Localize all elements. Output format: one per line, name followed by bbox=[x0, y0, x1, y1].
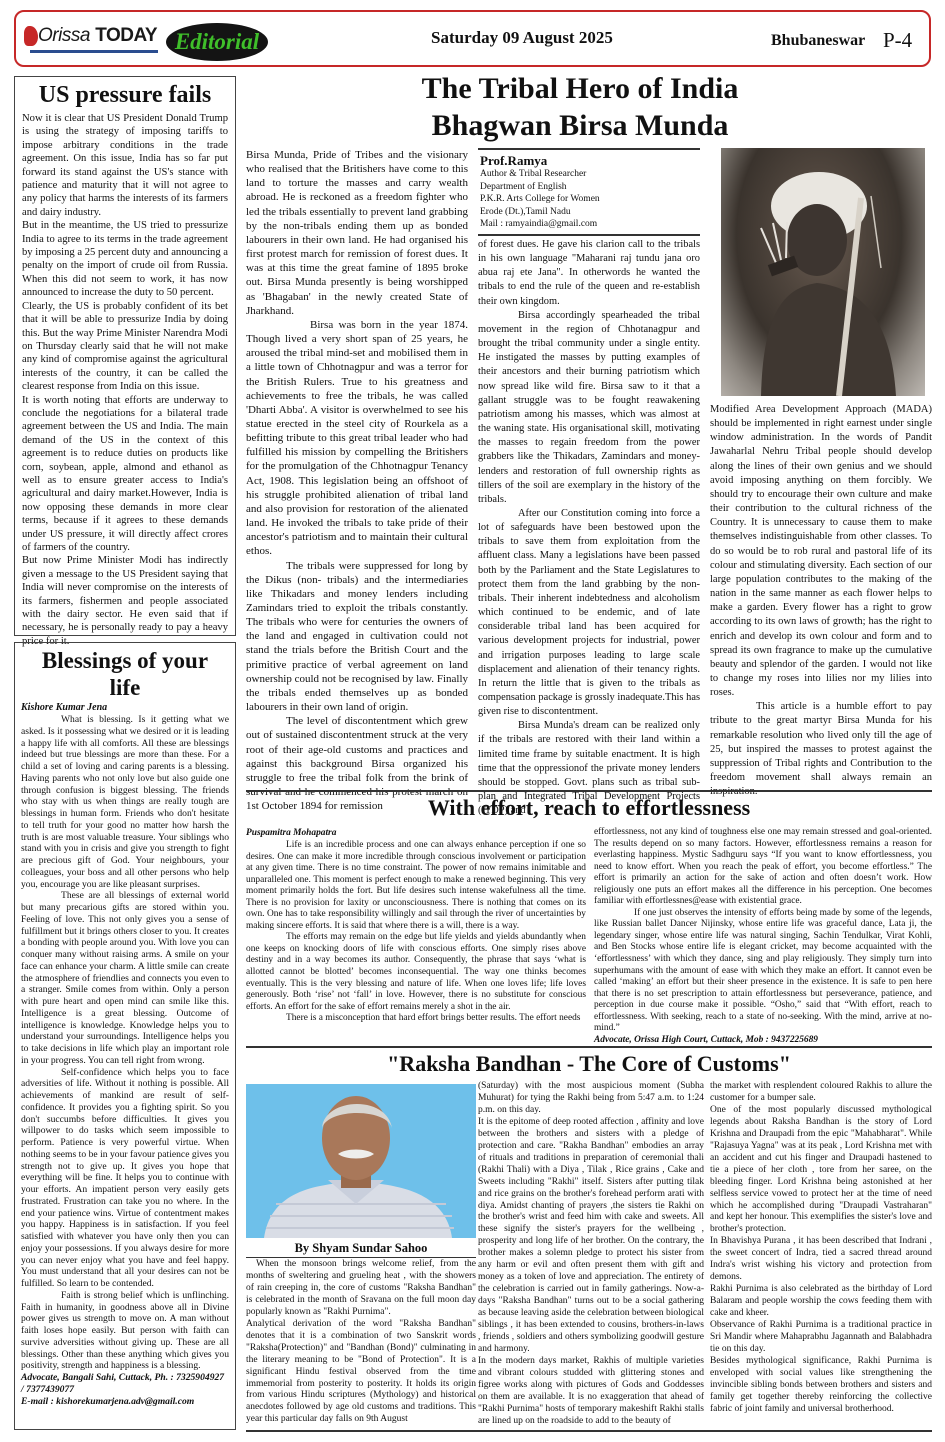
orissa-today-logo[interactable]: Orissa TODAY bbox=[24, 24, 154, 58]
logo-prefix: Orissa bbox=[38, 25, 90, 46]
article-body: Now it is clear that US President Donald… bbox=[22, 112, 228, 648]
issue-date: Saturday 09 August 2025 bbox=[431, 28, 613, 48]
article-us-pressure: US pressure fails Now it is clear that U… bbox=[14, 76, 236, 636]
section-divider bbox=[246, 1046, 932, 1048]
section-divider bbox=[246, 1430, 932, 1432]
author-photo bbox=[246, 1084, 476, 1238]
author-box: Prof.Ramya Author & Tribal Researcher De… bbox=[478, 148, 700, 236]
author-email[interactable]: Mail : ramyaindia@gmail.com bbox=[480, 218, 698, 231]
section-badge: Editorial bbox=[166, 23, 268, 61]
page-number: P-4 bbox=[883, 28, 912, 53]
raksha-headline: "Raksha Bandhan - The Core of Customs" bbox=[246, 1050, 932, 1078]
birsa-column-3: Modified Area Development Approach (MADA… bbox=[710, 403, 932, 799]
effort-author: Puspamitra Mohapatra bbox=[246, 828, 336, 840]
section-divider bbox=[246, 790, 932, 792]
author-email: E-mail : kishorekumarjena.adv@gmail.com bbox=[21, 1396, 229, 1408]
raksha-column-3: the market with resplendent coloured Rak… bbox=[710, 1081, 932, 1416]
birsa-headline: The Tribal Hero of India Bhagwan Birsa M… bbox=[240, 70, 920, 144]
byline: By Shyam Sundar Sahoo bbox=[246, 1240, 476, 1258]
article-body: What is blessing. Is it getting what we … bbox=[21, 714, 229, 1372]
author-portrait-illustration-icon bbox=[246, 1084, 476, 1238]
portrait-illustration-icon bbox=[721, 148, 925, 396]
effort-headline: With effort, reach to effortlessness bbox=[246, 794, 932, 822]
author-name: Prof.Ramya bbox=[480, 153, 698, 168]
raksha-column-2: (Saturday) with the most auspicious mome… bbox=[478, 1081, 704, 1428]
birsa-column-1: Birsa Munda, Pride of Tribes and the vis… bbox=[246, 148, 468, 813]
raksha-column-1: When the monsoon brings welcome relief, … bbox=[246, 1259, 476, 1426]
odisha-map-icon bbox=[24, 26, 38, 46]
article-title: Blessings of your life bbox=[21, 647, 229, 701]
logo-underline bbox=[30, 50, 158, 53]
effort-column-2: effortlessness, not any kind of toughnes… bbox=[594, 827, 932, 1046]
author-contact: Advocate, Orissa High Court, Cuttack, Mo… bbox=[594, 1035, 932, 1047]
edition-city: Bhubaneswar bbox=[771, 32, 865, 50]
article-title: US pressure fails bbox=[22, 81, 228, 109]
logo-suffix: TODAY bbox=[95, 25, 157, 46]
article-blessings: Blessings of your life Kishore Kumar Jen… bbox=[14, 642, 236, 1430]
article-author: Kishore Kumar Jena bbox=[21, 701, 229, 714]
birsa-munda-portrait bbox=[721, 148, 925, 396]
masthead: Orissa TODAY Editorial Saturday 09 Augus… bbox=[14, 10, 931, 67]
effort-column-1: Life is an incredible process and one ca… bbox=[246, 840, 586, 1025]
author-contact: Advocate, Bangali Sahi, Cuttack, Ph. : 7… bbox=[21, 1372, 229, 1396]
birsa-column-2: of forest dues. He gave his clarion call… bbox=[478, 238, 700, 818]
